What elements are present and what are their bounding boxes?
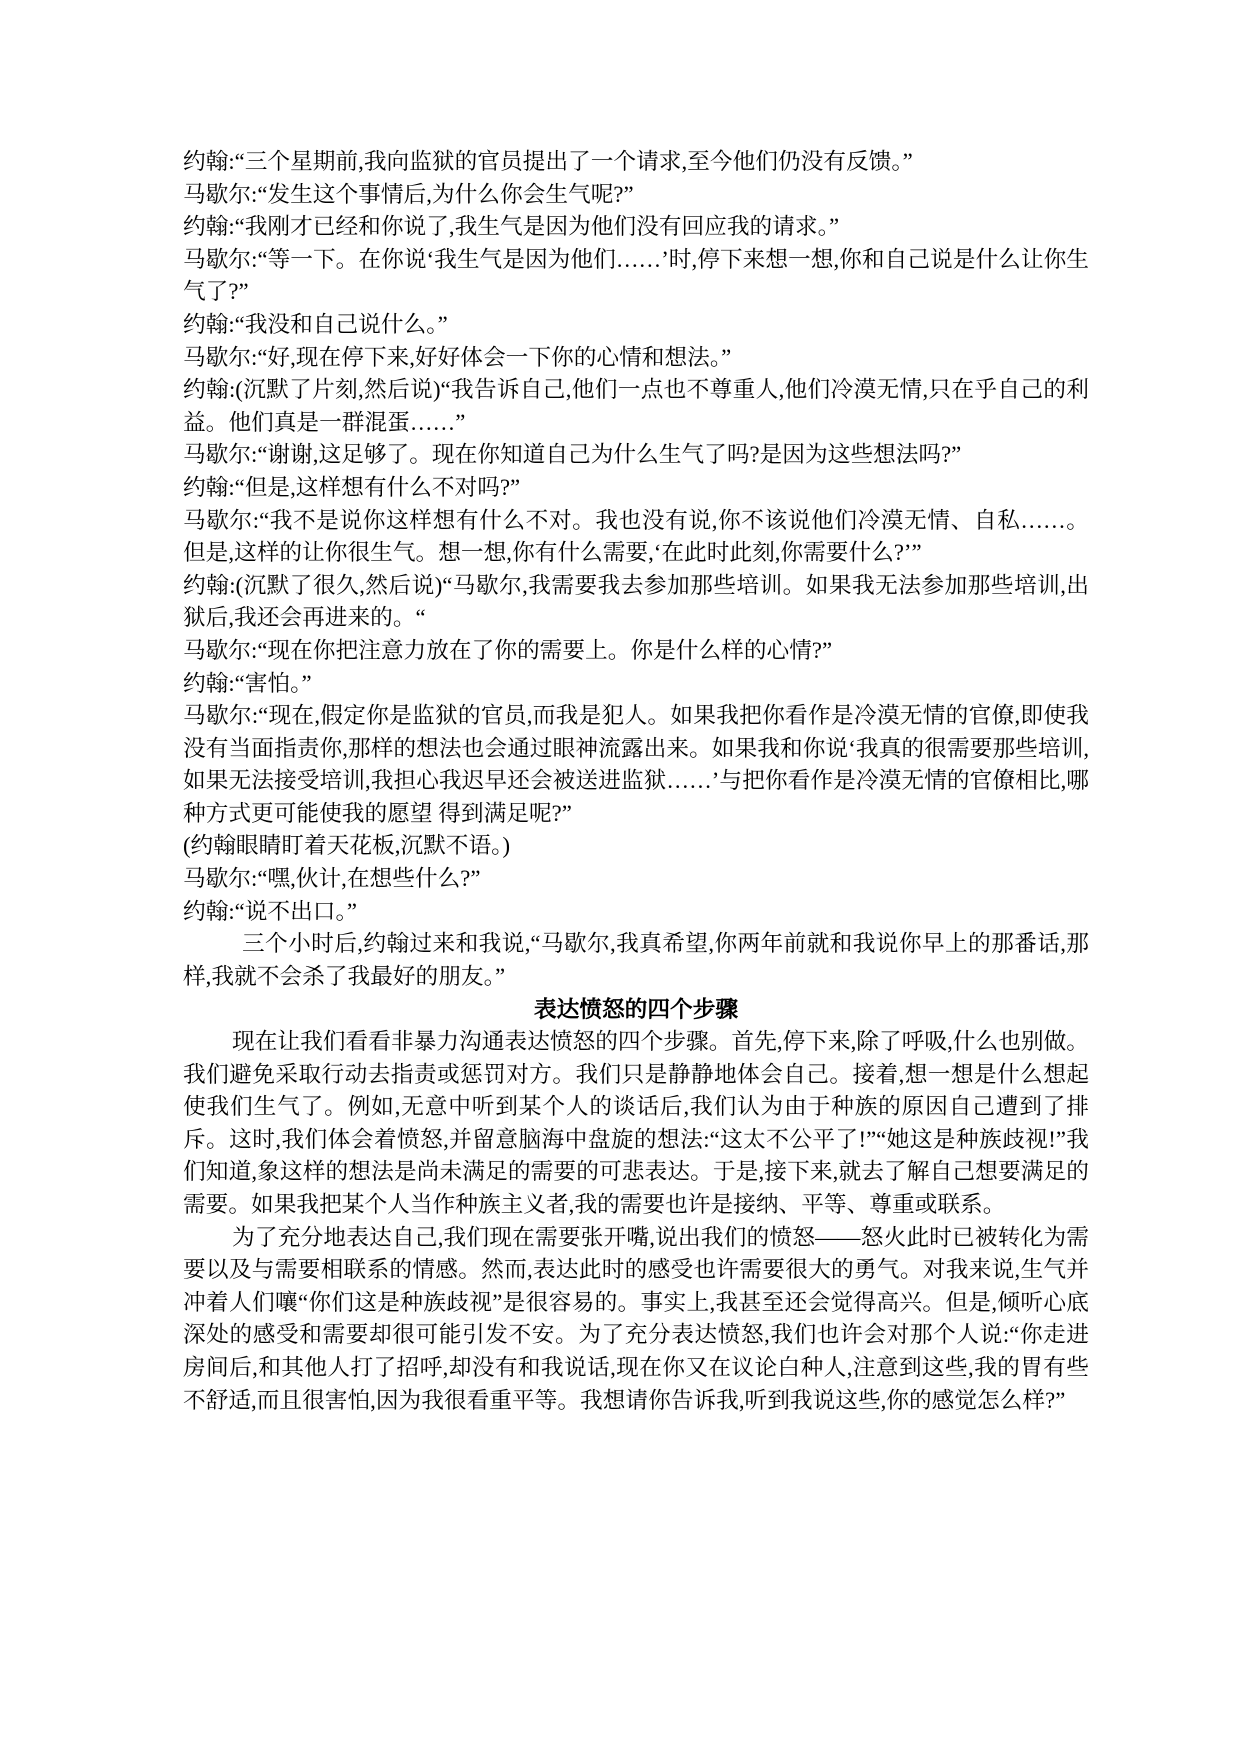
dialogue-line-marshall-7: 马歇尔:“现在,假定你是监狱的官员,而我是犯人。如果我把你看作是冷漠无情的官僚,… xyxy=(183,700,1089,830)
dialogue-line-john-5: 约翰:“但是,这样想有什么不对吗?” xyxy=(183,472,1089,505)
dialogue-line-marshall-8: 马歇尔:“嘿,伙计,在想些什么?” xyxy=(183,863,1089,896)
section-heading: 表达愤怒的四个步骤 xyxy=(183,993,1089,1026)
dialogue-line-marshall-5: 马歇尔:“我不是说你这样想有什么不对。我也没有说,你不该说他们冷漠无情、自私……… xyxy=(183,505,1089,570)
dialogue-line-marshall-2: 马歇尔:“等一下。在你说‘我生气是因为他们……’时,停下来想一想,你和自己说是什… xyxy=(183,244,1089,309)
stage-direction: (约翰眼睛盯着天花板,沉默不语。) xyxy=(183,830,1089,863)
dialogue-line-john-4: 约翰:(沉默了片刻,然后说)“我告诉自己,他们一点也不尊重人,他们冷漠无情,只在… xyxy=(183,374,1089,439)
closing-narrative-paragraph: 三个小时后,约翰过来和我说,“马歇尔,我真希望,你两年前就和我说你早上的那番话,… xyxy=(183,928,1089,993)
dialogue-line-john-2: 约翰:“我刚才已经和你说了,我生气是因为他们没有回应我的请求。” xyxy=(183,211,1089,244)
dialogue-line-marshall-4: 马歇尔:“谢谢,这足够了。现在你知道自己为什么生气了吗?是因为这些想法吗?” xyxy=(183,439,1089,472)
section-paragraph-1: 现在让我们看看非暴力沟通表达愤怒的四个步骤。首先,停下来,除了呼吸,什么也别做。… xyxy=(183,1026,1089,1222)
dialogue-line-marshall-3: 马歇尔:“好,现在停下来,好好体会一下你的心情和想法。” xyxy=(183,342,1089,375)
document-page: 约翰:“三个星期前,我向监狱的官员提出了一个请求,至今他们仍没有反馈。” 马歇尔… xyxy=(0,0,1239,1754)
dialogue-line-john-6: 约翰:(沉默了很久,然后说)“马歇尔,我需要我去参加那些培训。如果我无法参加那些… xyxy=(183,570,1089,635)
dialogue-line-john-7: 约翰:“害怕。” xyxy=(183,668,1089,701)
dialogue-line-john-8: 约翰:“说不出口。” xyxy=(183,896,1089,929)
dialogue-line-marshall-6: 马歇尔:“现在你把注意力放在了你的需要上。你是什么样的心情?” xyxy=(183,635,1089,668)
section-paragraph-2: 为了充分地表达自己,我们现在需要张开嘴,说出我们的愤怒——怒火此时已被转化为需要… xyxy=(183,1222,1089,1418)
dialogue-line-john-3: 约翰:“我没和自己说什么。” xyxy=(183,309,1089,342)
dialogue-line-marshall-1: 马歇尔:“发生这个事情后,为什么你会生气呢?” xyxy=(183,179,1089,212)
dialogue-line-john-1: 约翰:“三个星期前,我向监狱的官员提出了一个请求,至今他们仍没有反馈。” xyxy=(183,146,1089,179)
